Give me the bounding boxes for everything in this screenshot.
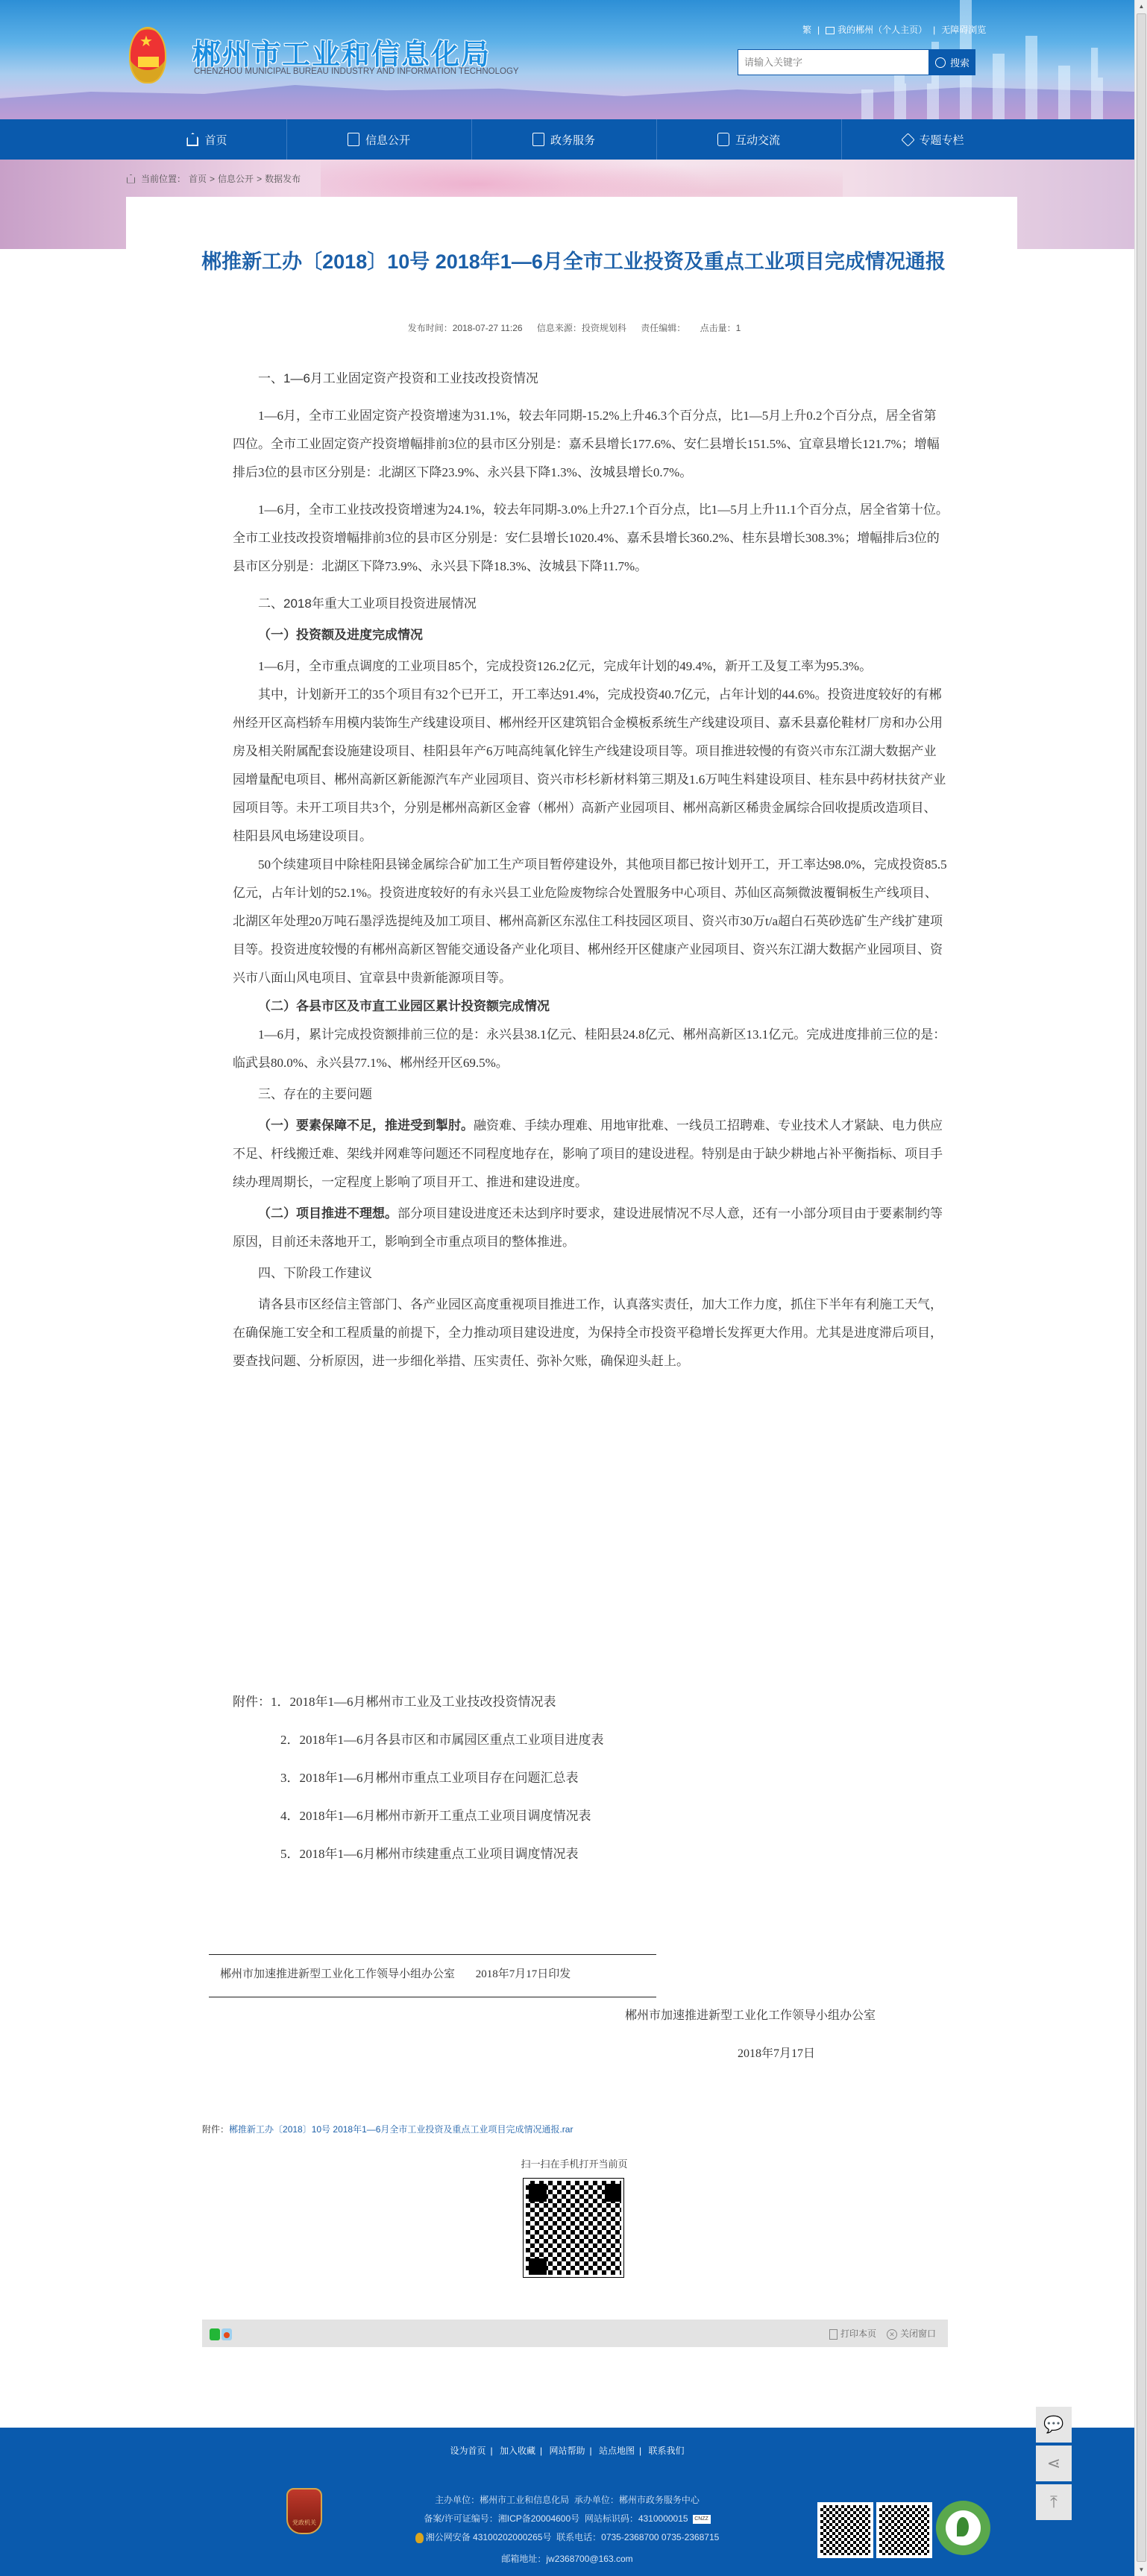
vertical-scrollbar[interactable]: ▲ ▼ <box>1134 0 1147 2576</box>
accessibility-link[interactable]: 无障碍浏览 <box>941 23 986 36</box>
nav-item-home[interactable]: 首页 <box>128 119 286 160</box>
divider: | <box>540 2446 542 2456</box>
attachment-text: 1．2018年1—6月郴州市工业及工业技改投资情况表 <box>271 1695 556 1709</box>
top-links: 繁 | 我的郴州（个人主页） | 无障碍浏览 <box>802 23 986 36</box>
attachment-item: 3．2018年1—6月郴州市重点工业项目存在问题汇总表 <box>233 1759 604 1797</box>
divider: | <box>817 25 820 35</box>
search-icon <box>935 57 946 68</box>
footer-links: 设为首页| 加入收藏| 网站帮助| 站点地图| 联系我们 <box>0 2444 1134 2457</box>
traditional-chinese-link[interactable]: 繁 <box>802 23 811 36</box>
my-chenzhou-link[interactable]: 我的郴州（个人主页） <box>826 23 927 36</box>
home-icon <box>186 133 198 146</box>
printer-icon <box>829 2329 838 2340</box>
site-title: 郴州市工业和信息化局 <box>192 31 491 72</box>
search-box <box>738 49 929 75</box>
monitor-icon <box>826 27 835 34</box>
contact-phone: 联系电话：0735-2368700 0735-2368715 <box>556 2532 719 2542</box>
attachments-list: 附件：1．2018年1—6月郴州市工业及工业技改投资情况表 2．2018年1—6… <box>233 1683 604 1873</box>
print-label: 打印本页 <box>840 2328 876 2339</box>
attachment-item: 5．2018年1—6月郴州市续建重点工业项目调度情况表 <box>233 1835 604 1873</box>
breadcrumb: 当前位置： 首页 > 信息公开 > 数据发布 <box>127 172 301 185</box>
weibo-share-icon[interactable] <box>221 2328 232 2340</box>
footer-qr-code-2 <box>876 2502 932 2558</box>
paragraph: 1—6月，全市工业技改投资增速为24.1%，较去年同期-3.0%上升27.1个百… <box>233 496 949 581</box>
nav-item-special-topics[interactable]: 专题专栏 <box>841 119 1026 160</box>
edit-icon <box>532 133 544 146</box>
subsection-heading: （二）各县市区及市直工业园区累计投资额完成情况 <box>233 992 949 1021</box>
attachment-item: 2．2018年1—6月各县市区和市属园区重点工业项目进度表 <box>233 1721 604 1759</box>
share-bar: 打印本页 ✕关闭窗口 <box>202 2320 948 2347</box>
divider: | <box>590 2446 592 2456</box>
back-to-top-button[interactable]: ⤒ <box>1036 2484 1072 2520</box>
attachments-label: 附件： <box>233 1695 271 1709</box>
divider: | <box>491 2446 493 2456</box>
wechat-float-button[interactable]: 💬 <box>1036 2407 1072 2443</box>
my-chenzhou-label: 我的郴州（个人主页） <box>838 25 927 35</box>
search-button[interactable]: 搜索 <box>929 49 975 75</box>
police-record[interactable]: 湘公网安备 43100202000265号 <box>426 2532 552 2542</box>
scroll-up-arrow-icon[interactable]: ▲ <box>1135 0 1147 13</box>
close-label: 关闭窗口 <box>900 2328 936 2339</box>
home-icon <box>127 174 135 183</box>
section-heading: 二、2018年重大工业项目投资进展情况 <box>233 590 949 618</box>
section-heading: 四、下阶段工作建议 <box>233 1259 949 1288</box>
site-header: ★ 郴州市工业和信息化局 CHENZHOU MUNICIPAL BUREAU I… <box>0 0 1134 119</box>
nav-item-label: 互动交流 <box>735 132 780 148</box>
click-count: 点击量：1 <box>700 323 741 333</box>
paragraph: 请各县市区经信主管部门、各产业园区高度重视项目推进工作，认真落实责任，加大工作力… <box>233 1291 949 1376</box>
paragraph-lead: （二）项目推进不理想。 <box>258 1206 397 1221</box>
footer-link-set-homepage[interactable]: 设为首页 <box>446 2446 491 2456</box>
footer-link-bookmark[interactable]: 加入收藏 <box>495 2446 540 2456</box>
police-emblem-icon <box>415 2533 424 2543</box>
footer-link-contact[interactable]: 联系我们 <box>644 2446 688 2456</box>
section-heading: 一、1—6月工业固定资产投资和工业技改投资情况 <box>233 365 949 393</box>
wechat-icon: 💬 <box>1043 2415 1063 2434</box>
breadcrumb-prefix: 当前位置： <box>141 172 186 185</box>
breadcrumb-separator: > <box>210 174 215 184</box>
nav-item-interaction[interactable]: 互动交流 <box>656 119 841 160</box>
main-nav: 首页 信息公开 政务服务 互动交流 专题专栏 <box>0 119 1134 160</box>
footer-qr-code-1 <box>817 2502 873 2558</box>
nav-item-label: 信息公开 <box>365 132 410 148</box>
breadcrumb-home[interactable]: 首页 <box>189 172 207 185</box>
paragraph: 1—6月，全市工业固定资产投资增速为31.1%，较去年同期-15.2%上升46.… <box>233 402 949 487</box>
close-window-button[interactable]: ✕关闭窗口 <box>887 2327 936 2340</box>
national-emblem-icon: ★ <box>129 27 166 84</box>
publish-time: 发布时间：2018-07-27 11:26 <box>408 323 523 333</box>
search-button-label: 搜索 <box>950 55 970 69</box>
nav-item-gov-services[interactable]: 政务服务 <box>471 119 656 160</box>
paragraph: （二）项目推进不理想。部分项目建设进度还未达到序时要求，建设进展情况不尽人意，还… <box>233 1200 949 1256</box>
footer-link-help[interactable]: 网站帮助 <box>544 2446 589 2456</box>
print-line-bottom <box>209 1997 656 1997</box>
icp-number[interactable]: 备案/许可证编号：湘ICP备20004600号 <box>424 2513 579 2524</box>
wechat-share-icon[interactable] <box>210 2328 220 2340</box>
search-input[interactable] <box>738 50 928 75</box>
scroll-down-arrow-icon[interactable]: ▼ <box>1135 2563 1147 2576</box>
divider: | <box>639 2446 641 2456</box>
print-line: 郴州市加速推进新型工业化工作领导小组办公室 2018年7月17日印发 <box>220 1965 571 1981</box>
attachment-item: 4．2018年1—6月郴州市新开工重点工业项目调度情况表 <box>233 1797 604 1835</box>
close-icon: ✕ <box>887 2329 897 2340</box>
paragraph-lead: （一）要素保障不足，推进受到掣肘。 <box>258 1118 474 1133</box>
page-qr-code <box>524 2179 623 2277</box>
responsible-editor: 责任编辑： <box>641 323 685 333</box>
breadcrumb-separator: > <box>257 174 262 184</box>
paragraph: 其中，计划新开工的35个项目有32个已开工，开工率达91.4%，完成投资40.7… <box>233 681 949 851</box>
nav-item-label: 专题专栏 <box>919 132 964 148</box>
organizer: 承办单位：郴州市政务服务中心 <box>574 2495 700 2505</box>
paragraph: 1—6月，全市重点调度的工业项目85个，完成投资126.2亿元，完成年计划的49… <box>233 652 949 681</box>
breadcrumb-data-release[interactable]: 数据发布 <box>265 172 301 185</box>
share-float-button[interactable]: ⋖ <box>1036 2446 1072 2481</box>
document-icon <box>348 133 359 146</box>
nav-item-label: 政务服务 <box>550 132 595 148</box>
nav-item-info-disclosure[interactable]: 信息公开 <box>286 119 471 160</box>
paragraph: 50个续建项目中除桂阳县锑金属综合矿加工生产项目暂停建设外，其他项目都已按计划开… <box>233 851 949 992</box>
print-button[interactable]: 打印本页 <box>829 2327 876 2340</box>
share-icon: ⋖ <box>1047 2454 1060 2473</box>
civilization-badge-icon[interactable] <box>936 2501 990 2555</box>
footer-link-sitemap[interactable]: 站点地图 <box>594 2446 639 2456</box>
share-actions: 打印本页 ✕关闭窗口 <box>829 2320 936 2347</box>
sponsor: 主办单位：郴州市工业和信息化局 <box>435 2495 569 2505</box>
scrollbar-thumb[interactable] <box>1137 13 1146 2562</box>
paragraph: 1—6月，累计完成投资额排前三位的是：永兴县38.1亿元、桂阳县24.8亿元、郴… <box>233 1021 949 1077</box>
print-line-top <box>209 1954 656 1955</box>
site-subtitle: CHENZHOU MUNICIPAL BUREAU INDUSTRY AND I… <box>194 67 519 76</box>
signature-date: 2018年7月17日 <box>738 2044 815 2061</box>
arrow-up-icon: ⤒ <box>1050 2492 1058 2512</box>
file-attachment-link[interactable]: 郴推新工办〔2018〕10号 2018年1—6月全市工业投资及重点工业项目完成情… <box>229 2124 573 2135</box>
site-code: 网站标识码：4310000015 <box>585 2513 688 2524</box>
section-heading: 三、存在的主要问题 <box>233 1080 949 1109</box>
article-title: 郴推新工办〔2018〕10号 2018年1—6月全市工业投资及重点工业项目完成情… <box>198 248 949 275</box>
breadcrumb-info-disclosure[interactable]: 信息公开 <box>218 172 254 185</box>
subsection-heading: （一）投资额及进度完成情况 <box>233 621 949 649</box>
article-meta: 发布时间：2018-07-27 11:26 信息来源：投资规划科 责任编辑： 点… <box>194 321 955 334</box>
file-attachment: 附件：郴推新工办〔2018〕10号 2018年1—6月全市工业投资及重点工业项目… <box>202 2123 573 2135</box>
signature-office: 郴州市加速推进新型工业化工作领导小组办公室 <box>625 2006 876 2023</box>
info-source: 信息来源：投资规划科 <box>537 323 626 333</box>
attachment-item: 附件：1．2018年1—6月郴州市工业及工业技改投资情况表 <box>233 1683 604 1721</box>
article-body: 一、1—6月工业固定资产投资和工业技改投资情况 1—6月，全市工业固定资产投资增… <box>233 365 949 1376</box>
nav-item-label: 首页 <box>204 132 227 148</box>
file-attachment-label: 附件： <box>202 2124 229 2135</box>
divider: | <box>933 25 935 35</box>
qr-caption: 扫一扫在手机打开当前页 <box>194 2156 955 2170</box>
chat-icon <box>717 133 729 146</box>
print-office: 郴州市加速推进新型工业化工作领导小组办公室 <box>220 1968 455 1980</box>
cnzz-badge[interactable]: CNZZ <box>693 2515 711 2524</box>
paragraph: （一）要素保障不足，推进受到掣肘。融资难、手续办理难、用地审批难、一线员工招聘难… <box>233 1112 949 1197</box>
layers-icon <box>902 133 915 146</box>
site-footer: 设为首页| 加入收藏| 网站帮助| 站点地图| 联系我们 党政机关 主办单位：郴… <box>0 2428 1134 2576</box>
print-date: 2018年7月17日印发 <box>476 1968 571 1980</box>
